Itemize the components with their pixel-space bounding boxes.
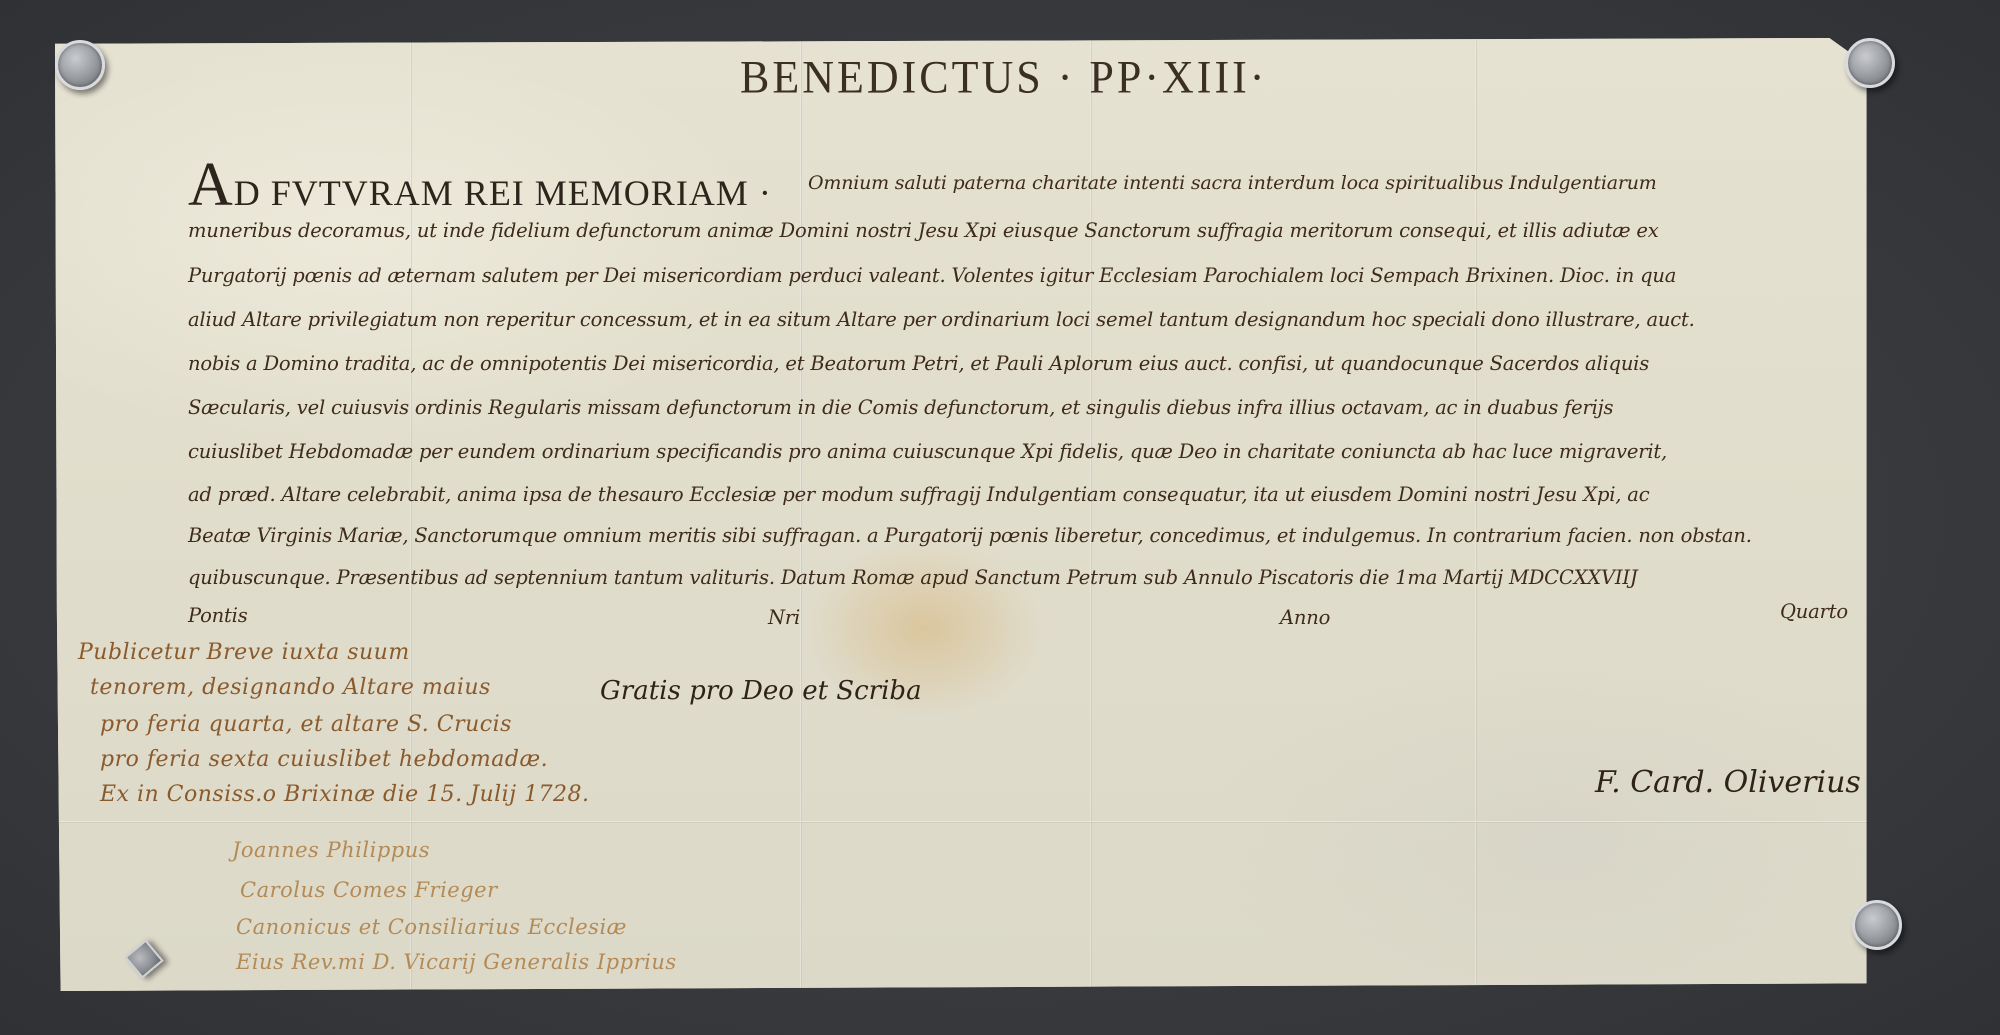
attestation-note-line: Carolus Comes Frieger: [240, 878, 498, 902]
publication-note-line: pro feria quarta, et altare S. Crucis: [100, 712, 512, 737]
magnet-top-left: [55, 40, 105, 90]
body-line: aliud Altare privilegiatum non reperitur…: [188, 308, 1695, 331]
gratis-note: Gratis pro Deo et Scriba: [600, 676, 922, 706]
dating-pontificate: Pontis: [188, 604, 248, 627]
publication-note-line: tenorem, designando Altare maius: [90, 675, 491, 700]
incipit: AD FVTVRAM REI MEMORIAM ·: [188, 150, 772, 221]
body-line: cuiuslibet Hebdomadæ per eundem ordinari…: [188, 440, 1667, 463]
incipit-continuation: Omnium saluti paterna charitate intenti …: [808, 172, 1657, 194]
document-title: BENEDICTUS · PP·XIII·: [740, 51, 1267, 105]
initial-capital: A: [188, 151, 234, 219]
attestation-note-line: Eius Rev.mi D. Vicarij Generalis Ipprius: [236, 950, 677, 974]
fold-line: [55, 821, 1913, 823]
attestation-note-line: Canonicus et Consiliarius Ecclesiæ: [236, 915, 627, 939]
body-line: Sæcularis, vel cuiusvis ordinis Regulari…: [188, 396, 1613, 419]
magnet-top-right: [1845, 38, 1895, 88]
cardinal-signature: F. Card. Oliverius: [1595, 765, 1861, 800]
incipit-text: D FVTVRAM REI MEMORIAM ·: [234, 173, 772, 213]
magnet-bottom-right: [1852, 900, 1902, 950]
dating-quarto: Quarto: [1780, 600, 1848, 623]
body-line: Purgatorij pœnis ad æternam salutem per …: [188, 264, 1676, 287]
body-line: nobis a Domino tradita, ac de omnipotent…: [188, 352, 1649, 375]
body-line: quibuscunque. Præsentibus ad septennium …: [188, 566, 1637, 589]
publication-note-line: Ex in Consiss.o Brixinæ die 15. Julij 17…: [100, 782, 590, 807]
attestation-note-line: Joannes Philippus: [232, 838, 430, 862]
dating-anno: Anno: [1280, 606, 1330, 629]
body-line: Beatæ Virginis Mariæ, Sanctorumque omniu…: [188, 524, 1752, 547]
body-line: ad præd. Altare celebrabit, anima ipsa d…: [188, 483, 1649, 506]
dating-nri: Nri: [768, 606, 800, 629]
publication-note-line: Publicetur Breve iuxta suum: [78, 640, 410, 665]
fold-line: [800, 38, 802, 991]
body-line: muneribus decoramus, ut inde fidelium de…: [188, 219, 1659, 242]
publication-note-line: pro feria sexta cuiuslibet hebdomadæ.: [100, 747, 548, 772]
